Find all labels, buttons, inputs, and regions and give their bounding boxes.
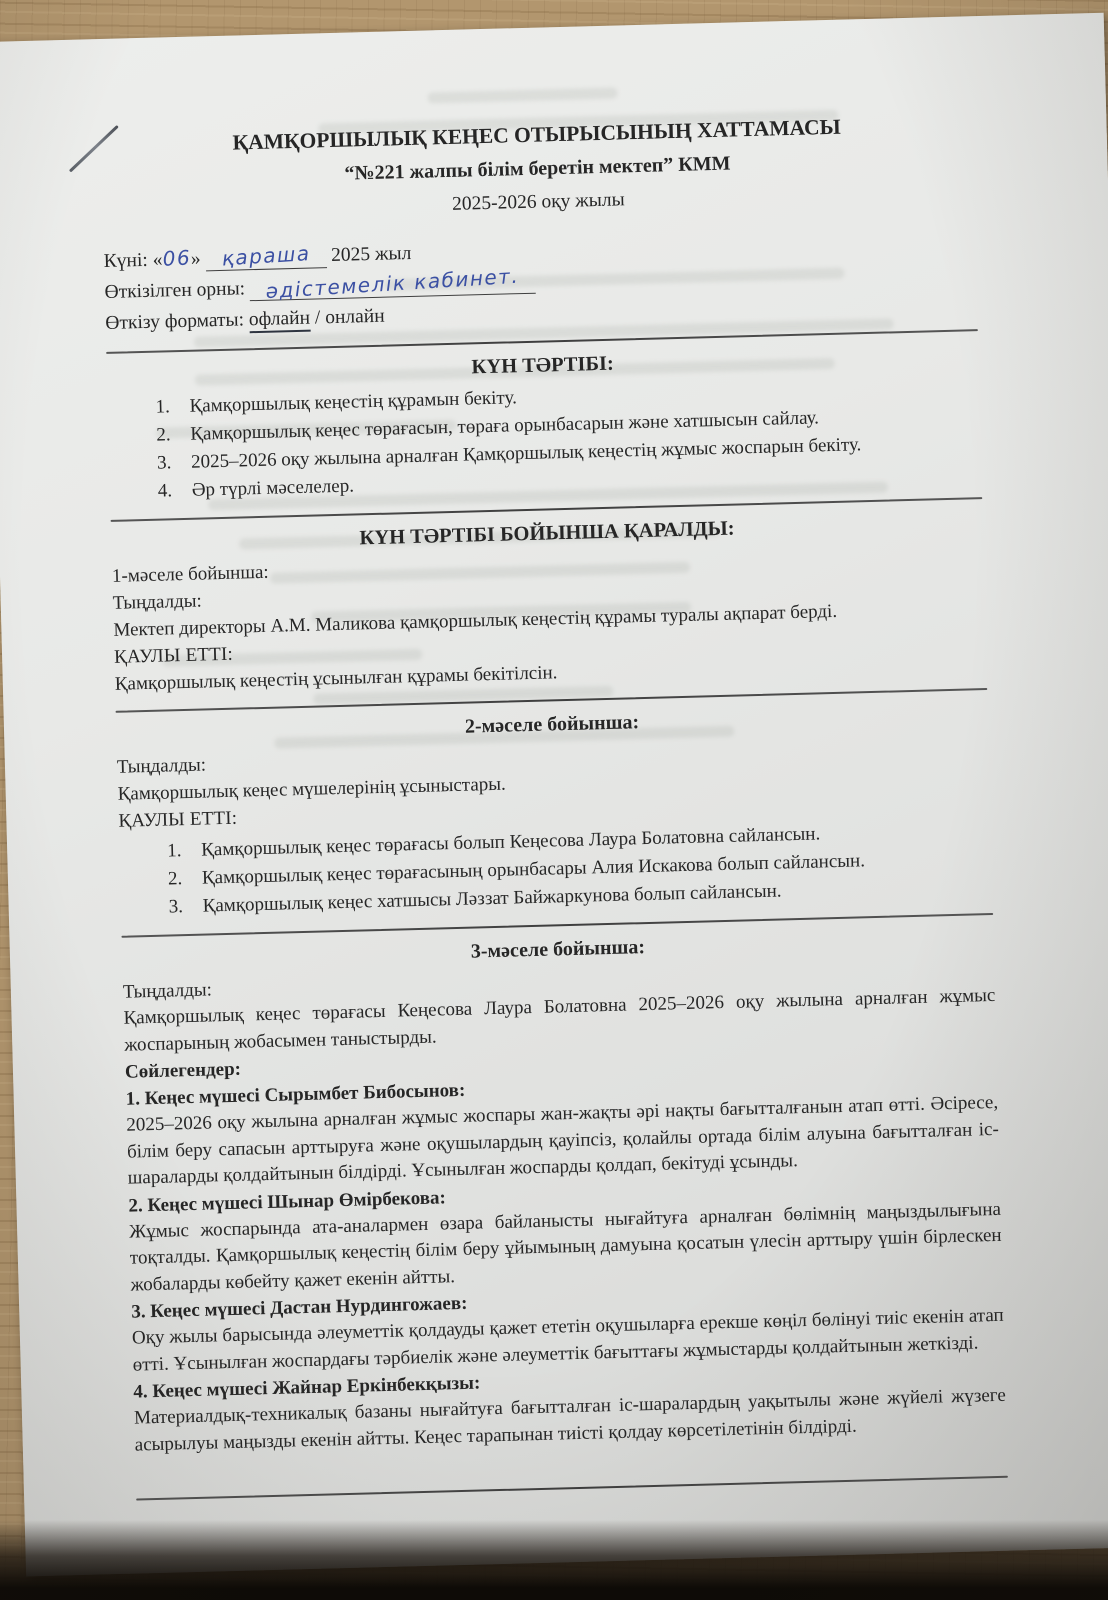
format-option-offline: офлайн — [249, 308, 311, 334]
date-year: 2025 жыл — [331, 243, 412, 266]
item-number: 4. — [157, 477, 192, 506]
document-content: ҚАМҚОРШЫЛЫҚ КЕҢЕС ОТЫРЫСЫНЫҢ ХАТТАМАСЫ “… — [98, 16, 1008, 1500]
meta-block: Күні: «06» қараша 2025 жыл Өткізілген ор… — [103, 222, 977, 339]
document-page: ҚАМҚОРШЫЛЫҚ КЕҢЕС ОТЫРЫСЫНЫҢ ХАТТАМАСЫ “… — [0, 13, 1108, 1577]
item-text: Әр түрлі мәселелер. — [191, 473, 354, 505]
document-title-block: ҚАМҚОРШЫЛЫҚ КЕҢЕС ОТЫРЫСЫНЫҢ ХАТТАМАСЫ “… — [100, 108, 974, 227]
date-month-field: қараша — [205, 243, 326, 271]
place-label: Өткізілген орны: — [104, 278, 245, 303]
resolved-list: 1.Қамқоршылық кеңес төрағасы болып Кеңес… — [167, 816, 993, 922]
date-close-quote: » — [191, 248, 201, 269]
item-number: 2. — [156, 421, 191, 450]
agenda-list: 1.Қамқоршылық кеңестің құрамын бекіту. 2… — [155, 372, 982, 506]
item-number: 1. — [167, 837, 202, 866]
handwritten-day: 06 — [161, 242, 191, 275]
photo-of-document: { "colors": { "paper": "#e7e8e6", "desk_… — [0, 0, 1108, 1600]
item-number: 3. — [157, 449, 192, 478]
item-number: 3. — [168, 893, 203, 922]
format-option-online: онлайн — [325, 306, 385, 329]
item-number: 2. — [168, 865, 203, 894]
place-field: әдістемелік кабинет. — [250, 269, 536, 301]
date-label: Күні: « — [104, 249, 163, 272]
horizontal-rule — [136, 1476, 1008, 1501]
format-label: Өткізу форматы: — [105, 309, 244, 334]
handwritten-month: қараша — [221, 242, 311, 269]
format-separator: / — [315, 307, 321, 328]
item-number: 1. — [155, 393, 190, 422]
